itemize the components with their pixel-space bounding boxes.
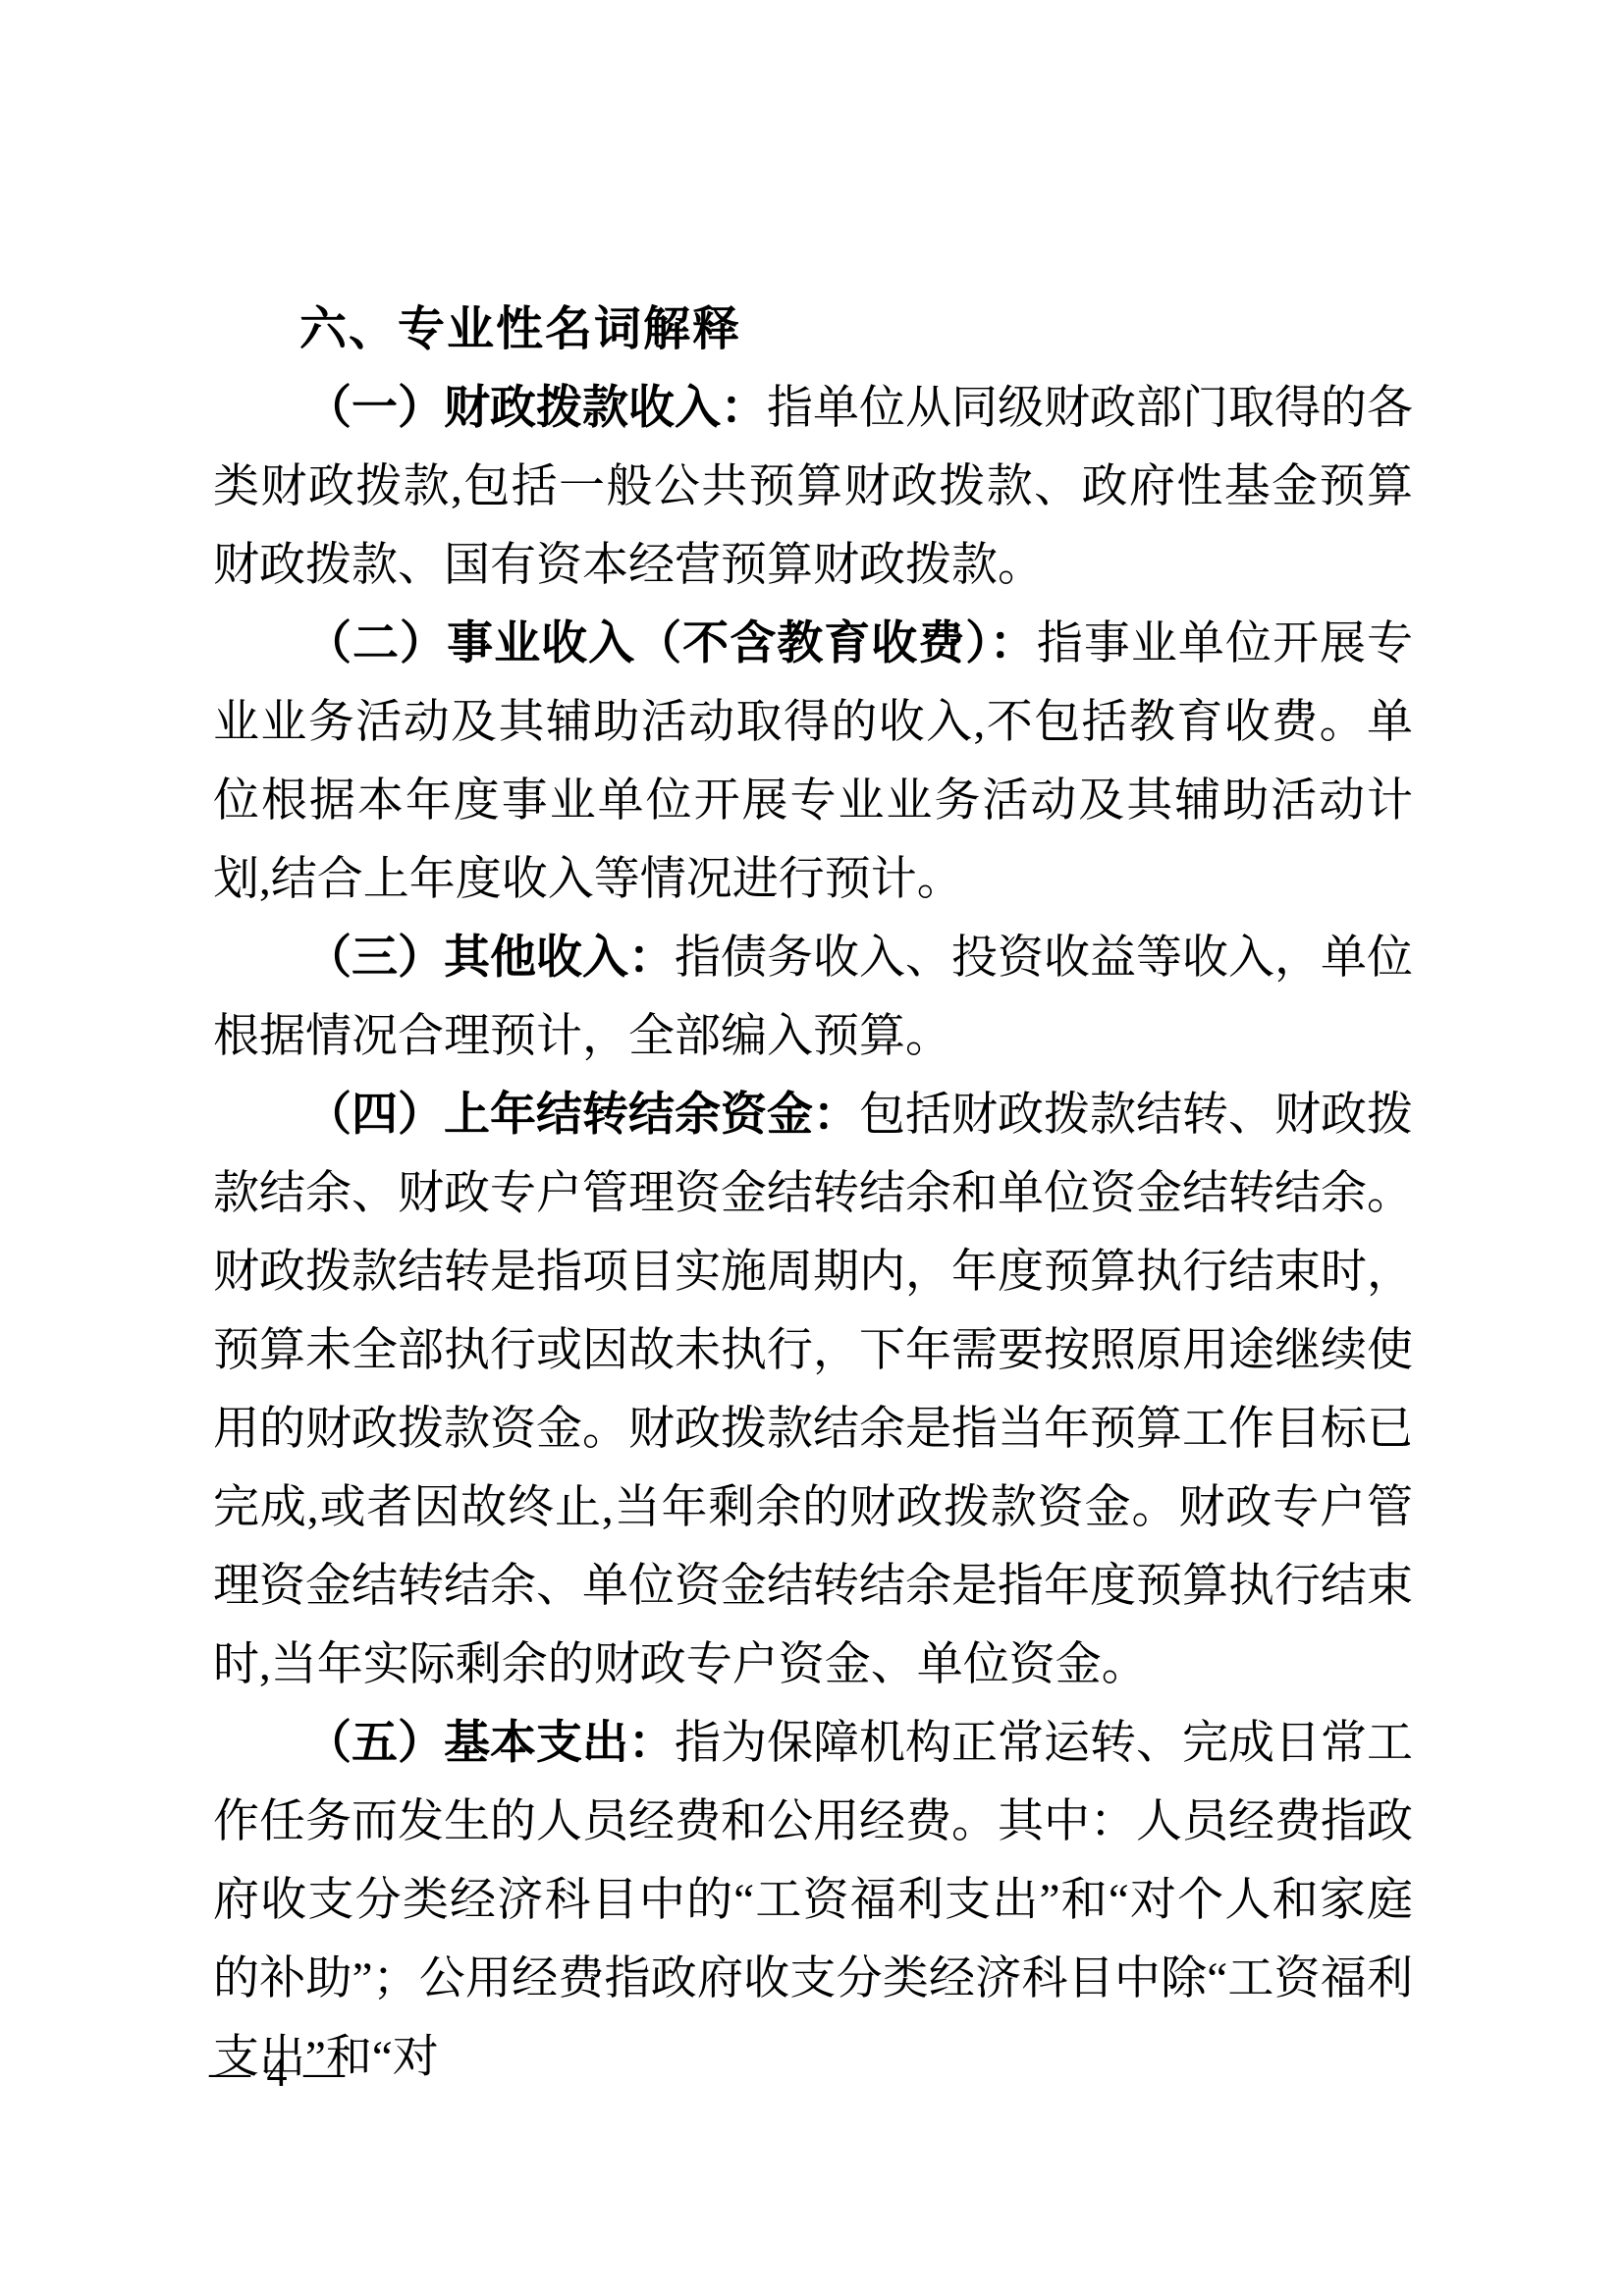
paragraph-other-income: （三）其他收入：指债务收入、投资收益等收入，单位根据情况合理预计，全部编入预算。 — [213, 919, 1413, 1076]
term-definition: 包括财政拨款结转、财政拨款结余、财政专户管理资金结转结余和单位资金结转结余。财政… — [213, 1090, 1413, 1690]
term-label: （一）财政拨款收入： — [305, 383, 767, 434]
term-definition: 指为保障机构正常运转、完成日常工作任务而发生的人员经费和公用经费。其中：人员经费… — [213, 1718, 1413, 2083]
paragraph-fiscal-appropriation-income: （一）财政拨款收入：指单位从同级财政部门取得的各类财政拨款,包括一般公共预算财政… — [213, 369, 1413, 605]
paragraph-basic-expenditure: （五）基本支出：指为保障机构正常运转、完成日常工作任务而发生的人员经费和公用经费… — [213, 1704, 1413, 2097]
section-heading: 六、专业性名词解释 — [213, 291, 1413, 369]
document-body: 六、专业性名词解释 （一）财政拨款收入：指单位从同级财政部门取得的各类财政拨款,… — [213, 291, 1413, 2097]
term-label: （二）事业收入（不含教育收费）： — [305, 618, 1037, 669]
term-label: （四）上年结转结余资金： — [305, 1090, 859, 1141]
page-number: — 4 — — [209, 2050, 348, 2097]
term-label: （三）其他收入： — [305, 933, 675, 984]
term-label: （五）基本支出： — [305, 1718, 675, 1769]
document-page: 六、专业性名词解释 （一）财政拨款收入：指单位从同级财政部门取得的各类财政拨款,… — [0, 0, 1624, 2296]
paragraph-carryover-surplus-funds: （四）上年结转结余资金：包括财政拨款结转、财政拨款结余、财政专户管理资金结转结余… — [213, 1076, 1413, 1704]
paragraph-operational-income: （二）事业收入（不含教育收费）：指事业单位开展专业业务活动及其辅助活动取得的收入… — [213, 605, 1413, 919]
